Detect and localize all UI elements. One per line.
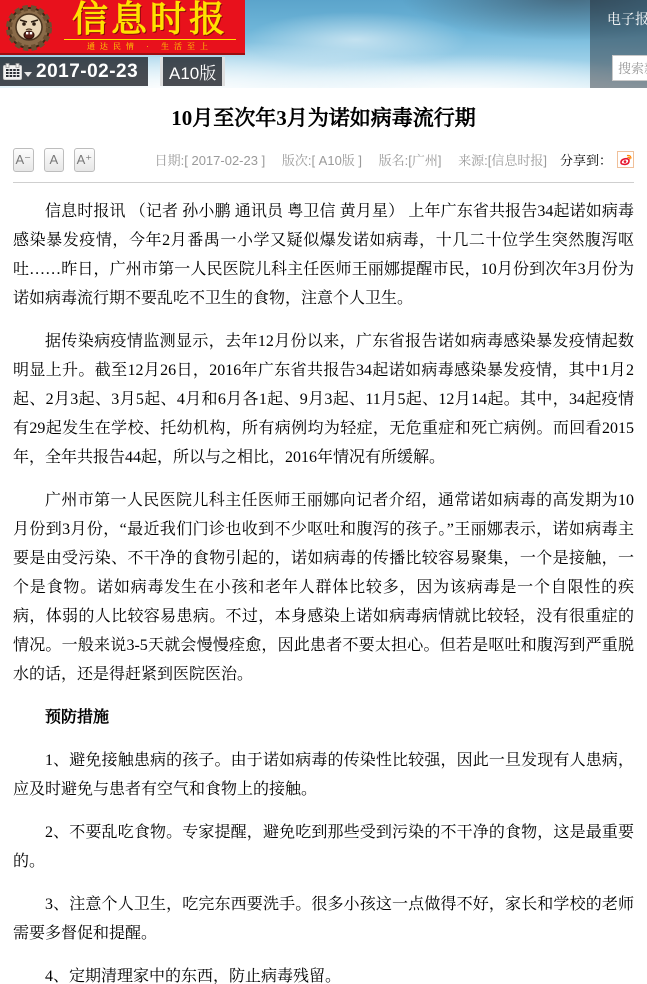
article-title: 10月至次年3月为诺如病毒流行期 bbox=[13, 103, 634, 133]
header-right-panel: 电子报 bbox=[590, 0, 647, 88]
site-header: 信息时报 通达民情 · 生活至上 2017-02-23 A10版 电子报 bbox=[0, 0, 647, 88]
font-larger-button[interactable]: A⁺ bbox=[74, 148, 95, 172]
paragraph-3: 广州市第一人民医院儿科主任医师王丽娜向记者介绍，通常诺如病毒的高发期为10月份到… bbox=[13, 486, 634, 689]
divider bbox=[13, 182, 634, 183]
brand-title: 信息时报 bbox=[60, 1, 240, 37]
meta-edition: 版次:[ A10版 ] bbox=[282, 153, 362, 168]
article-meta: 日期:[ 2017-02-23 ] 版次:[ A10版 ] 版名:[广州] 来源… bbox=[155, 150, 560, 169]
lion-logo-icon bbox=[4, 3, 54, 53]
article-page: 10月至次年3月为诺如病毒流行期 A⁻ A A⁺ 日期:[ 2017-02-23… bbox=[0, 103, 647, 984]
masthead-brand[interactable]: 信息时报 通达民情 · 生活至上 bbox=[0, 0, 245, 55]
prevention-heading: 预防措施 bbox=[13, 703, 634, 732]
measure-2: 2、不要乱吃食物。专家提醒，避免吃到那些受到污染的不干净的食物，这是最重要的。 bbox=[13, 818, 634, 876]
weibo-icon[interactable] bbox=[617, 151, 634, 168]
font-normal-button[interactable]: A bbox=[44, 148, 65, 172]
share-label: 分享到： bbox=[560, 150, 612, 169]
article-meta-row: A⁻ A A⁺ 日期:[ 2017-02-23 ] 版次:[ A10版 ] 版名… bbox=[13, 146, 634, 173]
brand-rule bbox=[64, 39, 236, 40]
measure-3: 3、注意个人卫生，吃完东西要洗手。很多小孩这一点做得不好，家长和学校的老师需要多… bbox=[13, 890, 634, 948]
search-input[interactable] bbox=[612, 55, 647, 81]
epaper-link[interactable]: 电子报 bbox=[607, 9, 647, 29]
edition-badge[interactable]: A10版 bbox=[160, 57, 225, 86]
article-body: 信息时报讯 （记者 孙小鹏 通讯员 粤卫信 黄月星） 上年广东省共报告34起诺如… bbox=[13, 197, 634, 984]
font-smaller-button[interactable]: A⁻ bbox=[13, 148, 34, 172]
meta-source: 来源:[信息时报] bbox=[458, 153, 547, 168]
chevron-down-icon bbox=[24, 72, 32, 77]
share-widget: 分享到： bbox=[560, 150, 634, 169]
paragraph-2: 据传染病疫情监测显示，去年12月份以来，广东省报告诺如病毒感染暴发疫情起数明显上… bbox=[13, 327, 634, 472]
calendar-icon bbox=[3, 63, 22, 80]
paragraph-1: 信息时报讯 （记者 孙小鹏 通讯员 粤卫信 黄月星） 上年广东省共报告34起诺如… bbox=[13, 197, 634, 313]
measure-4: 4、定期清理家中的东西，防止病毒残留。 bbox=[13, 962, 634, 984]
date-picker[interactable]: 2017-02-23 bbox=[0, 57, 148, 86]
meta-date: 日期:[ 2017-02-23 ] bbox=[155, 153, 266, 168]
date-label: 2017-02-23 bbox=[36, 61, 138, 83]
brand-tagline: 通达民情 · 生活至上 bbox=[60, 41, 240, 52]
meta-page: 版名:[广州] bbox=[379, 153, 442, 168]
measure-1: 1、避免接触患病的孩子。由于诺如病毒的传染性比较强，因此一旦发现有人患病，应及时… bbox=[13, 746, 634, 804]
